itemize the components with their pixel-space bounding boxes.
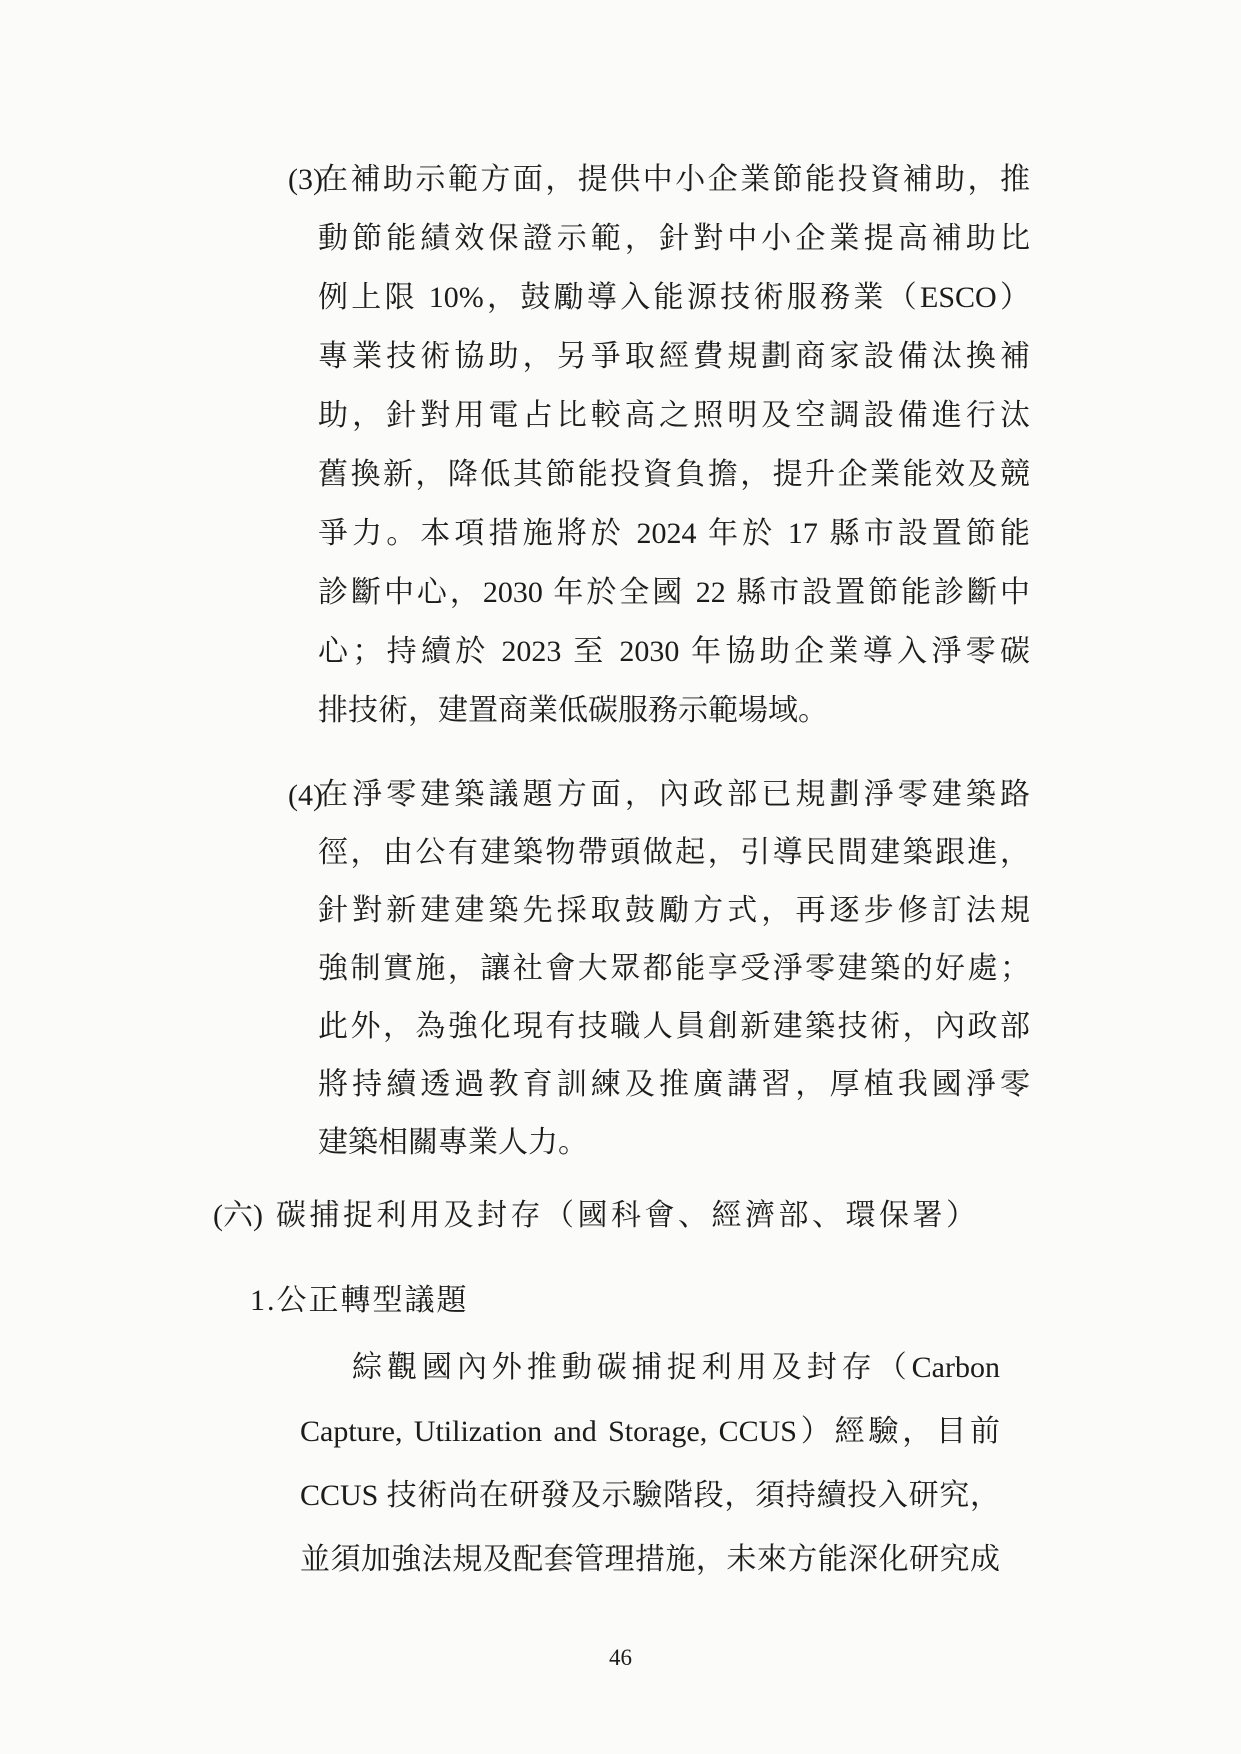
text-line: 此外，為強化現有技職人員創新建築技術，內政部: [318, 998, 1030, 1056]
paragraph-item-3: (3) 在補助示範方面，提供中小企業節能投資補助，推 動節能績效保證示範，針對中…: [288, 150, 1030, 740]
paragraph-ccus: 綜觀國內外推動碳捕捉利用及封存（Carbon Capture, Utilizat…: [300, 1336, 1000, 1592]
text-line: 心；持續於 2023 至 2030 年協助企業導入淨零碳: [318, 622, 1030, 681]
item-4-label: (4): [288, 766, 323, 825]
text-line: CCUS 技術尚在研發及示驗階段，須持續投入研究，: [300, 1464, 1000, 1528]
text-line: 專業技術協助，另爭取經費規劃商家設備汰換補: [318, 327, 1030, 386]
text-line: Capture, Utilization and Storage, CCUS）經…: [300, 1400, 1000, 1464]
text-line: 綜觀國內外推動碳捕捉利用及封存（Carbon: [300, 1336, 1000, 1400]
text-line: 舊換新，降低其節能投資負擔，提升企業能效及競: [318, 445, 1030, 504]
section-heading: (六) 碳捕捉利用及封存（國科會、經濟部、環保署）: [213, 1190, 979, 1234]
document-page: (3) 在補助示範方面，提供中小企業節能投資補助，推 動節能績效保證示範，針對中…: [0, 0, 1241, 1754]
subsection-heading: 1.公正轉型議題: [250, 1275, 469, 1319]
section-heading-label: (六): [213, 1190, 263, 1234]
text-line: 針對新建建築先採取鼓勵方式，再逐步修訂法規: [318, 882, 1030, 940]
text-line: 建築相關專業人力。: [318, 1114, 1030, 1172]
text-line: 在淨零建築議題方面，內政部已規劃淨零建築路: [318, 766, 1030, 824]
page-number: 46: [0, 1645, 1241, 1671]
text-line: 動節能績效保證示範，針對中小企業提高補助比: [318, 209, 1030, 268]
text-line: 在補助示範方面，提供中小企業節能投資補助，推: [318, 150, 1030, 209]
text-line: 助，針對用電占比較高之照明及空調設備進行汰: [318, 386, 1030, 445]
text-line: 爭力。本項措施將於 2024 年於 17 縣市設置節能: [318, 504, 1030, 563]
section-heading-title: 碳捕捉利用及封存（國科會、經濟部、環保署）: [276, 1190, 980, 1234]
text-line: 徑，由公有建築物帶頭做起，引導民間建築跟進，: [318, 824, 1030, 882]
text-line: 將持續透過教育訓練及推廣講習，厚植我國淨零: [318, 1056, 1030, 1114]
item-3-label: (3): [288, 150, 323, 209]
text-line: 診斷中心，2030 年於全國 22 縣市設置節能診斷中: [318, 563, 1030, 622]
paragraph-item-4: (4) 在淨零建築議題方面，內政部已規劃淨零建築路 徑，由公有建築物帶頭做起，引…: [288, 766, 1030, 1172]
text-line: 例上限 10%，鼓勵導入能源技術服務業（ESCO）: [318, 268, 1030, 327]
text-line: 並須加強法規及配套管理措施，未來方能深化研究成: [300, 1528, 1000, 1592]
text-line: 排技術，建置商業低碳服務示範場域。: [318, 681, 1030, 740]
text-line: 強制實施，讓社會大眾都能享受淨零建築的好處；: [318, 940, 1030, 998]
